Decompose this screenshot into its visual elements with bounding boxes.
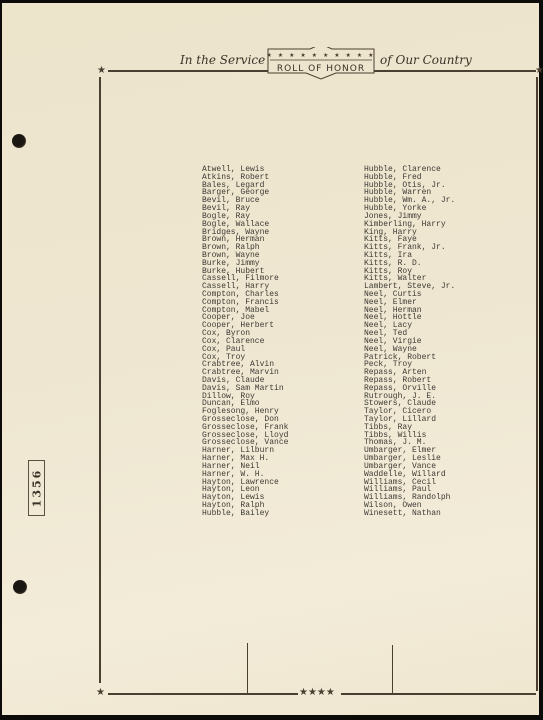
roll-of-honor-banner: ★ ★ ★ ★ ★ ★ ★ ★ ★ ★ ROLL OF HONOR bbox=[266, 47, 376, 81]
roll-entry: Hubble, Bailey bbox=[202, 510, 288, 518]
banner-stars-icon: ★ ★ ★ ★ ★ ★ ★ ★ ★ ★ bbox=[266, 52, 376, 59]
top-rule-right bbox=[374, 70, 536, 72]
bottom-rule-right bbox=[341, 693, 536, 695]
footer-stars-icon: ★★★★ bbox=[299, 688, 335, 698]
binder-hole-top bbox=[12, 134, 26, 148]
document-page: ★ ★ In the Service of Our Country ★ ★ ★ … bbox=[2, 3, 539, 715]
corner-star-icon: ★ bbox=[96, 688, 105, 698]
page-number-stamp: 1356 bbox=[28, 460, 45, 516]
bottom-tick-left bbox=[247, 643, 248, 693]
names-right-column: Hubble, ClarenceHubble, FredHubble, Otis… bbox=[364, 166, 455, 518]
binder-hole-bottom bbox=[13, 580, 27, 594]
roll-entry: Winesett, Nathan bbox=[364, 510, 455, 518]
header-left-text: In the Service bbox=[180, 53, 265, 67]
corner-star-icon: ★ bbox=[535, 66, 543, 76]
left-rule bbox=[99, 77, 101, 683]
page-number: 1356 bbox=[30, 469, 43, 508]
top-rule-left bbox=[108, 70, 268, 72]
bottom-tick-right bbox=[392, 645, 393, 693]
corner-star-icon: ★ bbox=[97, 66, 106, 76]
right-rule bbox=[536, 77, 538, 691]
banner-title: ROLL OF HONOR bbox=[266, 64, 376, 74]
header-right-text: of Our Country bbox=[380, 53, 472, 67]
names-left-column: Atwell, LewisAtkins, RobertBales, Legard… bbox=[202, 166, 288, 518]
bottom-rule-left bbox=[108, 693, 298, 695]
